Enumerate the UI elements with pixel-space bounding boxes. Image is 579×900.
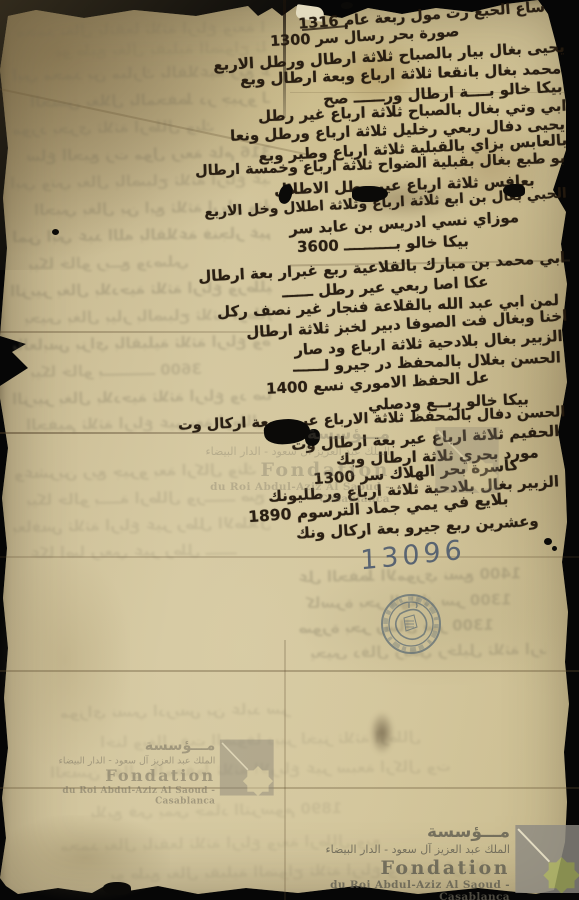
watermark-text: مـــؤسسة الملك عبد العزيز آل سعود - الدا… (292, 822, 510, 900)
foundation-logo-icon (435, 427, 499, 493)
foundation-logo-icon (515, 825, 579, 893)
watermark-latin-title: Fondation (172, 459, 390, 481)
foundation-watermark-bottom-right: مـــؤسسة الملك عبد العزيز آل سعود - الدا… (292, 822, 579, 900)
watermark-text: مـــؤسسة الملك عبد العزيز آل سعود - الدا… (172, 424, 390, 505)
manuscript-scan: محمد بغال بانقعا ثلاثة ارباع وبعة ارطال … (0, 0, 579, 900)
watermark-latin-subtitle: du Roi Abdul-Aziz Al Saoud - Casablanca (172, 481, 390, 505)
watermark-arabic-subtitle: الملك عبد العزيز آل سعود - الدار البيضاء (30, 755, 215, 766)
watermark-arabic-title: مـــؤسسة (30, 737, 215, 754)
circular-seal-stamp (380, 592, 442, 656)
foundation-watermark-middle: مـــؤسسة الملك عبد العزيز آل سعود - الدا… (172, 424, 499, 505)
watermark-arabic-subtitle: الملك عبد العزيز آل سعود - الدار البيضاء (172, 445, 390, 458)
watermark-arabic-title: مـــؤسسة (292, 822, 510, 842)
watermark-arabic-subtitle: الملك عبد العزيز آل سعود - الدار البيضاء (292, 843, 510, 856)
foundation-watermark-bottom-left: مـــؤسسة الملك عبد العزيز آل سعود - الدا… (30, 737, 274, 806)
watermark-arabic-title: مـــؤسسة (172, 424, 390, 444)
watermark-latin-subtitle: du Roi Abdul-Aziz Al Saoud - Casablanca (292, 879, 510, 900)
watermark-text: مـــؤسسة الملك عبد العزيز آل سعود - الدا… (30, 737, 215, 806)
watermark-latin-title: Fondation (30, 767, 215, 786)
watermark-latin-subtitle: du Roi Abdul-Aziz Al Saoud - Casablanca (30, 785, 215, 805)
watermark-latin-title: Fondation (292, 857, 510, 879)
foundation-logo-icon (220, 740, 274, 796)
